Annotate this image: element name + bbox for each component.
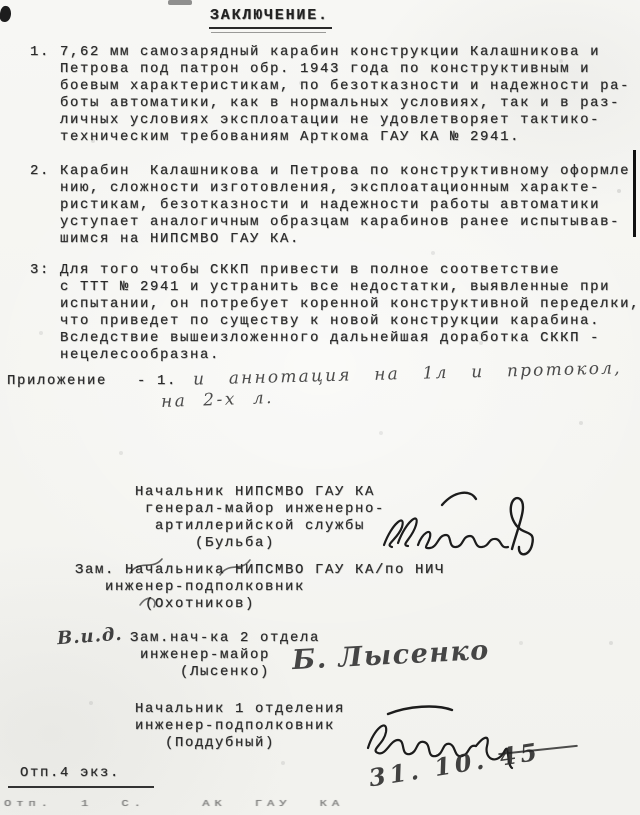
scanned-document-page: ЗАКЛЮЧЕНИЕ. 1. 7,62 мм самозарядный кара… bbox=[0, 0, 640, 815]
copies-note: Отп.4 экз. bbox=[8, 765, 154, 788]
conclusion-paragraph-3: 3: Для того чтобы СККП привести в полное… bbox=[30, 262, 640, 364]
okhotnikov-pen-strokes bbox=[100, 555, 400, 610]
cut-off-bottom-line: Отп. 1 С. АК ГАУ КА bbox=[4, 797, 344, 811]
lysenko-signature: Б. Лысенко bbox=[291, 635, 490, 676]
top-edge-smudge bbox=[168, 0, 192, 5]
conclusion-paragraph-1: 1. 7,62 мм самозарядный карабин конструк… bbox=[30, 44, 630, 146]
conclusion-paragraph-2: 2. Карабин Калашникова и Петрова по конс… bbox=[30, 163, 630, 248]
document-title: ЗАКЛЮЧЕНИЕ. bbox=[209, 7, 332, 29]
signatory-block-poddubny: Начальник 1 отделения инженер-подполковн… bbox=[135, 701, 345, 752]
attachment-label: Приложение - 1. bbox=[7, 373, 177, 390]
ink-blob-top-left bbox=[0, 5, 12, 22]
attachment-handwritten-note-line2: на 2-х л. bbox=[161, 388, 275, 412]
signatory-block-bulba: Начальник НИПСМВО ГАУ КА генерал-майор и… bbox=[135, 484, 385, 552]
paper-noise-speckles bbox=[0, 0, 2, 2]
acting-note-handwritten: В.и.д. bbox=[56, 624, 123, 650]
right-margin-ink-line bbox=[633, 150, 636, 237]
